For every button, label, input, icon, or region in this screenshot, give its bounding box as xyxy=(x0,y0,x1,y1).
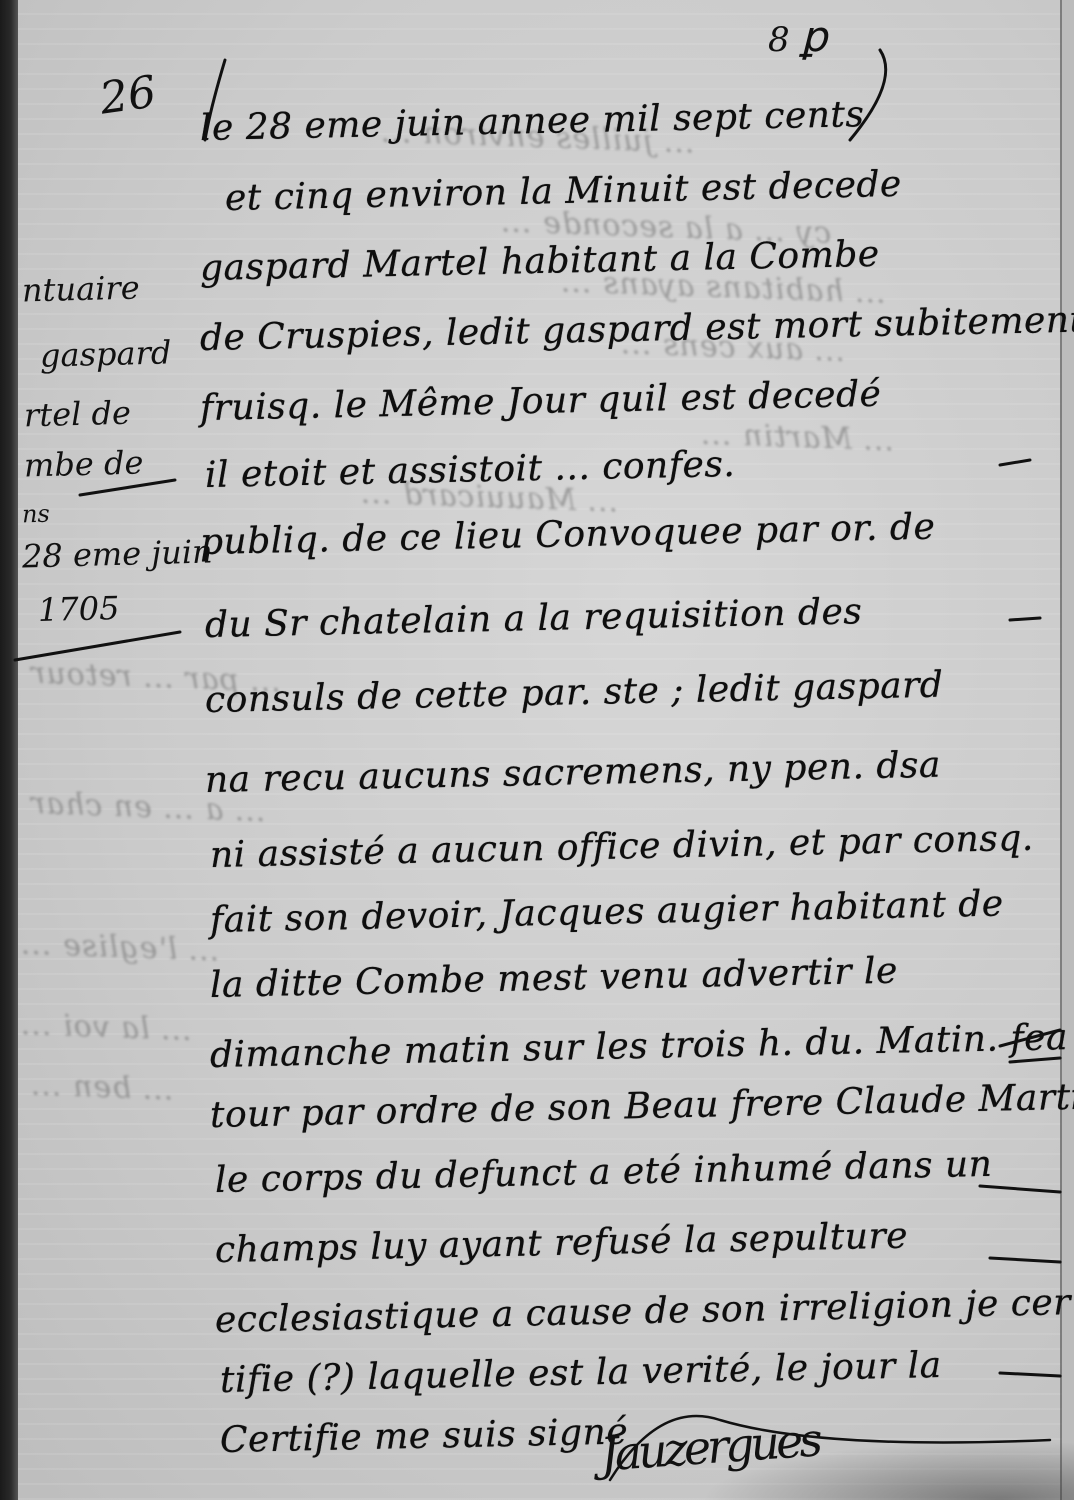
body-line: il etoit et assistoit ... confes. xyxy=(205,444,736,496)
body-line: ni assisté a aucun office divin, et par … xyxy=(210,818,1035,876)
page-edge-strip xyxy=(1062,0,1074,1500)
bleed-through-line: ... ben ... xyxy=(29,1068,174,1108)
margin-note-line: 28 eme juin xyxy=(22,533,214,576)
scan-shadow xyxy=(700,1440,1074,1500)
body-line: Certifie me suis signé xyxy=(220,1411,629,1461)
body-line: consuls de cette par. ste ; ledit gaspar… xyxy=(205,665,944,721)
folio-paraph: ꝑ xyxy=(800,12,827,61)
bleed-through-line: ... la voi ... xyxy=(19,1007,192,1048)
body-line: ecclesiastique a cause de son irreligion… xyxy=(215,1282,1072,1341)
folio-number: 8 ꝑ xyxy=(768,12,827,61)
body-line: na recu aucuns sacremens, ny pen. dsa xyxy=(205,745,942,801)
body-line: le 28 eme juin annee mil sept cents xyxy=(200,94,865,149)
margin-note-line: 1705 xyxy=(38,589,120,629)
manuscript-page: ... juilles environ ... cy ... a la seco… xyxy=(0,0,1074,1500)
margin-note-line: mbe de xyxy=(24,443,144,484)
body-line: et cinq environ la Minuit est decede xyxy=(225,164,903,219)
body-line: publiq. de ce lieu Convoquee par or. de xyxy=(200,507,936,563)
margin-note-line: ntuaire xyxy=(22,268,141,309)
body-line: du Sr chatelain a la requisition des xyxy=(205,591,863,646)
body-line: le corps du defunct a eté inhumé dans un xyxy=(215,1144,993,1201)
margin-note-line: ns xyxy=(22,500,51,529)
binding-edge xyxy=(0,0,18,1500)
body-line: la ditte Combe mest venu advertir le xyxy=(210,951,899,1006)
body-line: tour par ordre de son Beau frere Claude … xyxy=(210,1076,1074,1136)
margin-note-line: rtel de xyxy=(24,394,132,435)
bleed-through-line: ... l'eglise ... xyxy=(19,927,220,969)
body-line: champs luy ayant refusé la sepulture xyxy=(215,1215,909,1271)
body-line: dimanche matin sur les trois h. du. Mati… xyxy=(210,1017,1069,1076)
folio-number-text: 8 xyxy=(768,20,790,60)
margin-note-line: gaspard xyxy=(40,333,172,374)
body-line: tifie (?) laquelle est la verité, le jou… xyxy=(220,1345,942,1401)
entry-number: 26 xyxy=(97,66,160,124)
body-line: fait son devoir, Jacques augier habitant… xyxy=(210,883,1004,941)
